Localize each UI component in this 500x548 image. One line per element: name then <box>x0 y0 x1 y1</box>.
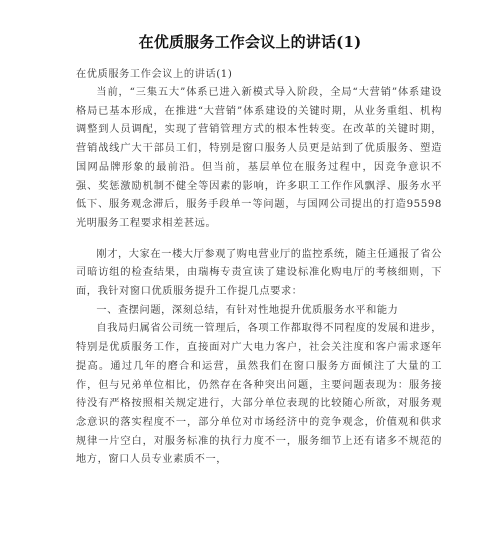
document-subtitle: 在优质服务工作会议上的讲话(1) <box>76 66 232 85</box>
document-body: 当前，“三集五大”体系已进入新模式导入阶段，全局“大营销”体系建设格局已基本形成… <box>76 84 442 470</box>
section-heading-one: 一、查摆问题，深刻总结，有针对性地提升优质服务水平和能力 <box>76 302 442 321</box>
paragraph-requirements: 刚才，大家在一楼大厅参观了购电营业厅的监控系统，随主任通报了省公司暗访组的检查结… <box>76 246 442 302</box>
paragraph-intro: 当前，“三集五大”体系已进入新模式导入阶段，全局“大营销”体系建设格局已基本形成… <box>76 84 442 234</box>
document-title: 在优质服务工作会议上的讲话(1) <box>0 31 500 52</box>
paragraph-problems: 自我局归属省公司统一管理后，各项工作都取得不同程度的发展和进步，特别是优质服务工… <box>76 320 442 470</box>
document-page: 在优质服务工作会议上的讲话(1) 在优质服务工作会议上的讲话(1) 当前，“三集… <box>0 0 500 548</box>
